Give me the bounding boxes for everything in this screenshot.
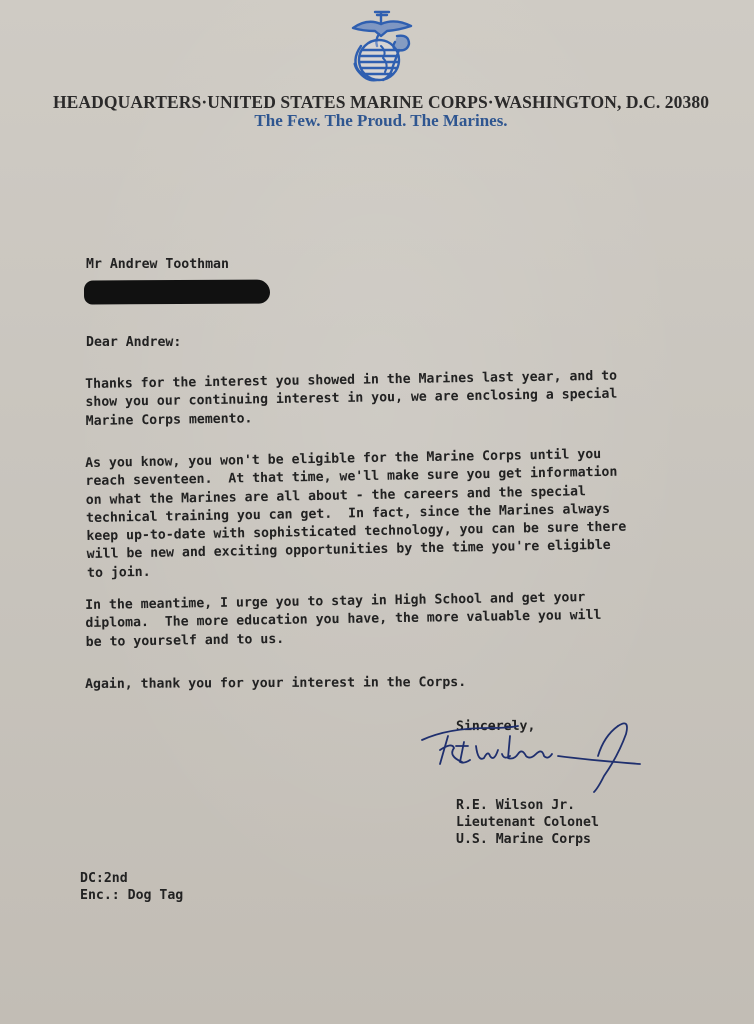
letterhead-motto: The Few. The Proud. The Marines. (4, 111, 754, 131)
letterhead-organization: HEADQUARTERS·UNITED STATES MARINE CORPS·… (4, 92, 754, 113)
reference-initials: DC:2nd (80, 870, 183, 887)
signatory-block: R.E. Wilson Jr. Lieutenant Colonel U.S. … (456, 797, 599, 848)
signatory-rank: Lieutenant Colonel (456, 814, 599, 831)
handwritten-signature (418, 716, 648, 796)
signatory-organization: U.S. Marine Corps (456, 831, 599, 848)
redacted-address (84, 280, 270, 305)
salutation: Dear Andrew: (86, 334, 181, 353)
recipient-name: Mr Andrew Toothman (86, 256, 229, 275)
body-line: Again, thank you for your interest in th… (85, 674, 466, 694)
body-paragraph-2: As you know, you won't be eligible for t… (85, 446, 627, 583)
signatory-name: R.E. Wilson Jr. (456, 797, 599, 814)
enclosure-note: Enc.: Dog Tag (80, 887, 183, 904)
eagle-globe-anchor-icon (343, 6, 419, 84)
footer-notes: DC:2nd Enc.: Dog Tag (80, 870, 183, 904)
body-paragraph-1: Thanks for the interest you showed in th… (85, 368, 618, 431)
body-paragraph-3: In the meantime, I urge you to stay in H… (85, 589, 602, 652)
body-paragraph-4: Again, thank you for your interest in th… (85, 674, 466, 694)
